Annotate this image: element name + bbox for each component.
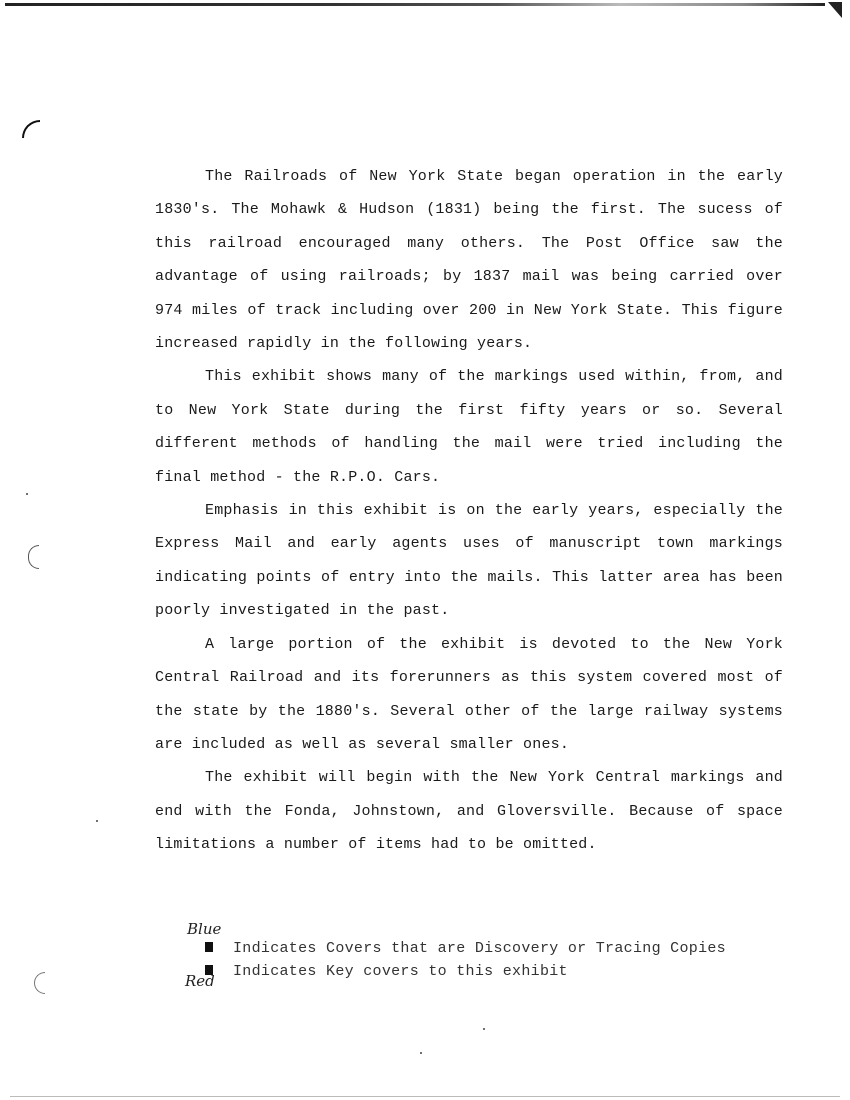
legend-item-discovery: Indicates Covers that are Discovery or T… (205, 940, 726, 957)
paragraph-exhibit-scope: This exhibit shows many of the markings … (155, 360, 783, 494)
body-text: The Railroads of New York State began op… (155, 160, 783, 862)
scan-speck (26, 493, 28, 495)
paragraph-new-york-central: A large portion of the exhibit is devote… (155, 628, 783, 762)
paragraph-intro: The Railroads of New York State began op… (155, 160, 783, 360)
scan-edge-top (5, 3, 825, 6)
square-marker-icon (205, 942, 213, 952)
legend-item-key-covers: Indicates Key covers to this exhibit (205, 963, 568, 980)
document-page: The Railroads of New York State began op… (0, 0, 850, 1100)
handwritten-blue-label: Blue (187, 920, 221, 938)
binder-hole-mark (34, 972, 45, 994)
scan-speck (420, 1052, 422, 1054)
binder-hole-mark (22, 120, 40, 138)
scan-corner-mark (828, 2, 842, 18)
scan-speck (483, 1028, 485, 1030)
scan-edge-bottom (10, 1096, 840, 1097)
paragraph-order: The exhibit will begin with the New York… (155, 761, 783, 861)
handwritten-red-label: Red (185, 972, 215, 990)
paragraph-emphasis: Emphasis in this exhibit is on the early… (155, 494, 783, 628)
binder-hole-mark (28, 545, 39, 569)
scan-speck (96, 820, 98, 822)
